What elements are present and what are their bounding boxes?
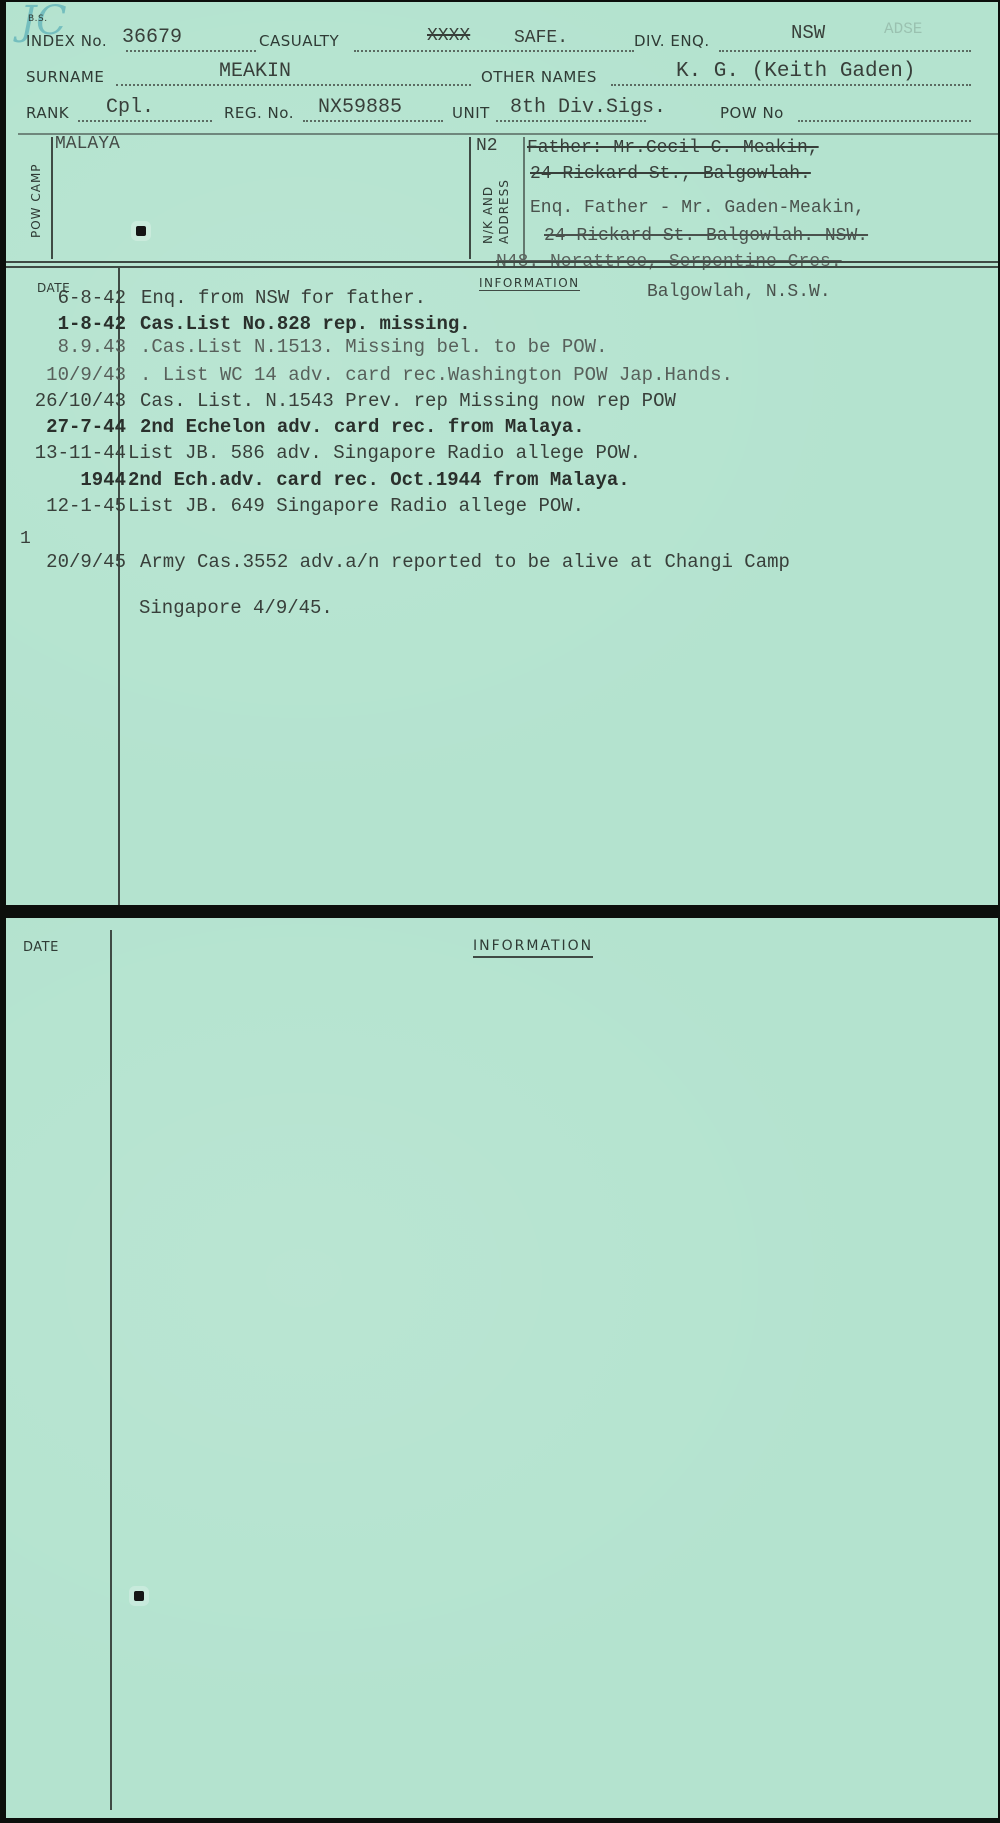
entry-text: 2nd Echelon adv. card rec. from Malaya. bbox=[140, 416, 585, 438]
entry-date: 27-7-44 bbox=[46, 416, 126, 438]
nk-line-1: Father: Mr.Cecil C. Meakin, bbox=[527, 138, 819, 158]
div-enq-label: DIV. ENQ. bbox=[634, 32, 710, 50]
entry-text: List JB. 586 adv. Singapore Radio allege… bbox=[128, 442, 641, 464]
unit-value: 8th Div.Sigs. bbox=[510, 96, 666, 119]
surname-value: MEAKIN bbox=[219, 60, 291, 83]
entry-date: 20/9/45 bbox=[46, 551, 126, 573]
entry-text: Cas. List. N.1543 Prev. rep Missing now … bbox=[140, 390, 676, 412]
index-card-back: DATE INFORMATION bbox=[6, 918, 998, 1818]
rank-value: Cpl. bbox=[106, 96, 154, 119]
index-label: INDEX No. bbox=[26, 32, 107, 50]
entry-date: 10/9/43 bbox=[46, 364, 126, 386]
entry-row: 20/9/451Army Cas.3552 adv.a/n reported t… bbox=[6, 551, 998, 577]
index-card-front: JC B.S. INDEX No. 36679 CASUALTY XXXX SA… bbox=[6, 2, 998, 905]
nk-label-line1: N/K AND bbox=[481, 186, 495, 244]
index-value: 36679 bbox=[122, 26, 182, 49]
entry-date: 12-1-45 bbox=[46, 495, 126, 517]
casualty-label: CASUALTY bbox=[259, 32, 339, 50]
entry-row: 10/9/43. List WC 14 adv. card rec.Washin… bbox=[6, 364, 998, 390]
nk-label-line2: ADDRESS bbox=[497, 179, 511, 244]
entry-text: Cas.List No.828 rep. missing. bbox=[140, 313, 471, 335]
back-info-header: INFORMATION bbox=[473, 938, 593, 958]
casualty-value: SAFE. bbox=[514, 28, 568, 48]
entry-text: Army Cas.3552 adv.a/n reported to be ali… bbox=[140, 551, 790, 573]
pow-camp-value: MALAYA bbox=[55, 134, 120, 154]
entry-date: 8.9.43 bbox=[58, 336, 126, 358]
entry-text: .Cas.List N.1513. Missing bel. to be POW… bbox=[140, 336, 607, 358]
reg-no-label: REG. No. bbox=[224, 104, 294, 122]
entry-text: Singapore 4/9/45. bbox=[139, 597, 333, 619]
entry-text: . List WC 14 adv. card rec.Washington PO… bbox=[140, 364, 733, 386]
entry-text: Enq. from NSW for father. bbox=[141, 287, 426, 309]
punch-hole bbox=[136, 226, 146, 236]
entry-row: 26/10/43Cas. List. N.1543 Prev. rep Miss… bbox=[6, 390, 998, 416]
reg-no-value: NX59885 bbox=[318, 96, 402, 119]
div-enq-value: NSW bbox=[791, 22, 825, 44]
entry-row: 27-7-442nd Echelon adv. card rec. from M… bbox=[6, 416, 998, 442]
nk-line-3: Enq. Father - Mr. Gaden-Meakin, bbox=[530, 198, 865, 218]
entry-row: 6-8-42Enq. from NSW for father. bbox=[6, 287, 998, 313]
unit-label: UNIT bbox=[452, 104, 490, 122]
entry-text: List JB. 649 Singapore Radio allege POW. bbox=[128, 495, 584, 517]
back-date-header: DATE bbox=[23, 940, 59, 955]
other-names-value: K. G. (Keith Gaden) bbox=[676, 60, 915, 83]
rank-label: RANK bbox=[26, 104, 69, 122]
nk-line-4: 24 Rickard St. Balgowlah. NSW. bbox=[544, 226, 868, 246]
entry-row: 13-11-44List JB. 586 adv. Singapore Radi… bbox=[6, 442, 998, 468]
entry-row: Singapore 4/9/45. bbox=[6, 597, 998, 623]
entry-row: 12-1-45List JB. 649 Singapore Radio alle… bbox=[6, 495, 998, 521]
pow-camp-label: POW CAMP bbox=[29, 163, 43, 238]
casualty-struck-value: XXXX bbox=[427, 26, 470, 46]
corner-mark: B.S. bbox=[28, 14, 48, 24]
faded-stamp: ADSE bbox=[884, 20, 922, 38]
entry-row: 8.9.43.Cas.List N.1513. Missing bel. to … bbox=[6, 336, 998, 362]
entry-date: 13-11-44 bbox=[35, 442, 126, 464]
entry-date: 26/10/43 bbox=[35, 390, 126, 412]
entry-date-superscript: 1 bbox=[20, 529, 31, 549]
entry-text: 2nd Ech.adv. card rec. Oct.1944 from Mal… bbox=[128, 469, 630, 491]
punch-hole-back bbox=[134, 1591, 144, 1601]
surname-label: SURNAME bbox=[26, 68, 104, 86]
other-names-label: OTHER NAMES bbox=[481, 68, 597, 86]
entry-date: 6-8-42 bbox=[58, 287, 126, 309]
pow-no-label: POW No bbox=[720, 104, 784, 122]
nk-code: N2 bbox=[476, 136, 498, 156]
entry-row: 19442nd Ech.adv. card rec. Oct.1944 from… bbox=[6, 469, 998, 495]
entry-date: 1944 bbox=[80, 469, 126, 491]
entry-date: 1-8-42 bbox=[58, 313, 126, 335]
nk-line-2: 24 Rickard St., Balgowlah. bbox=[530, 164, 811, 184]
